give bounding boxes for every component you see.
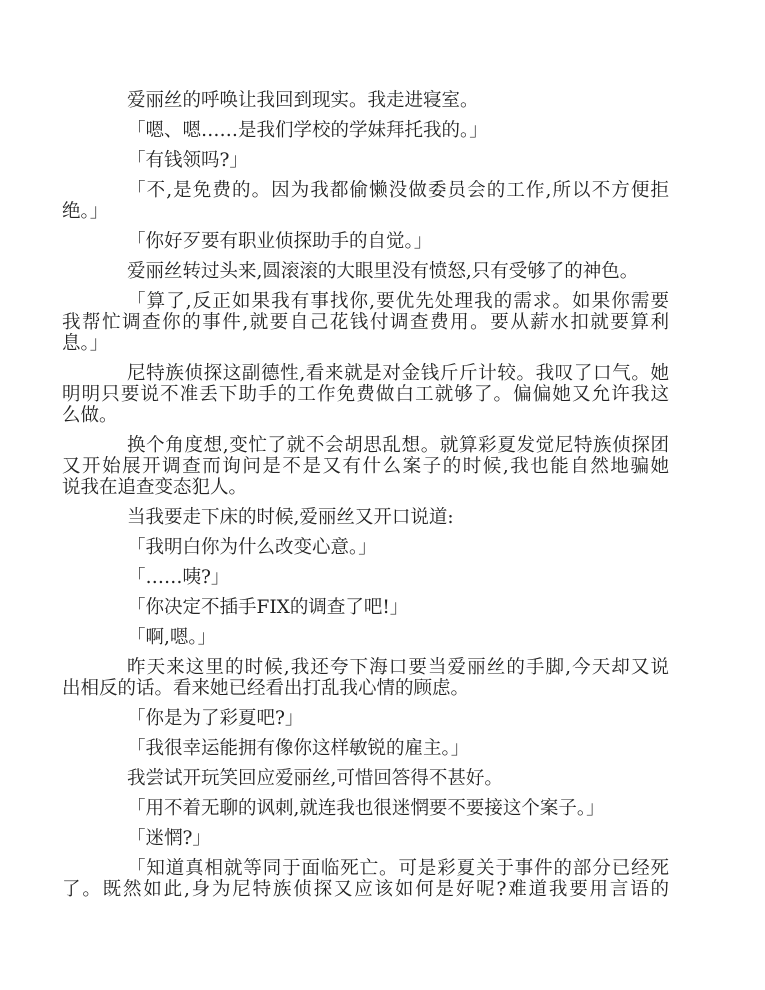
paragraph: 「用不着无聊的讽刺,就连我也很迷惘要不要接这个案子。」 [62,798,669,819]
text-line: 「算了,反正如果我有事找你,要优先处理我的需求。如果你需要 [62,291,669,312]
paragraph: 「我明白你为什么改变心意。」 [62,537,669,558]
paragraph: 「你决定不插手FIX的调查了吧!」 [62,597,669,618]
paragraph: 「迷惘?」 [62,828,669,849]
paragraph: 爱丽丝转过头来,圆滚滚的大眼里没有愤怒,只有受够了的神色。 [62,261,669,282]
paragraph: 「算了,反正如果我有事找你,要优先处理我的需求。如果你需要我帮忙调查你的事件,就… [62,291,669,354]
paragraph: 「我很幸运能拥有像你这样敏锐的雇主。」 [62,738,669,759]
text-line: 换个角度想,变忙了就不会胡思乱想。就算彩夏发觉尼特族侦探团 [62,435,669,456]
text-line: 么做。 [62,405,669,426]
text-line: 「我明白你为什么改变心意。」 [62,537,669,558]
paragraph: 「不,是免费的。因为我都偷懒没做委员会的工作,所以不方便拒绝。」 [62,180,669,222]
paragraph: 「有钱领吗?」 [62,150,669,171]
text-line: 「迷惘?」 [62,828,669,849]
paragraph: 当我要走下床的时候,爱丽丝又开口说道: [62,507,669,528]
text-line: 爱丽丝转过头来,圆滚滚的大眼里没有愤怒,只有受够了的神色。 [62,261,669,282]
paragraph: 「知道真相就等同于面临死亡。可是彩夏关于事件的部分已经死了。既然如此,身为尼特族… [62,858,669,900]
text-line: 明明只要说不准丢下助手的工作免费做白工就够了。偏偏她又允许我这 [62,384,669,405]
text-line: 尼特族侦探这副德性,看来就是对金钱斤斤计较。我叹了口气。她 [62,363,669,384]
text-line: 「知道真相就等同于面临死亡。可是彩夏关于事件的部分已经死 [62,858,669,879]
text-line: 「啊,嗯。」 [62,627,669,648]
text-line: 「用不着无聊的讽刺,就连我也很迷惘要不要接这个案子。」 [62,798,669,819]
paragraph: 我尝试开玩笑回应爱丽丝,可惜回答得不甚好。 [62,768,669,789]
text-line: 当我要走下床的时候,爱丽丝又开口说道: [62,507,669,528]
text-line: 「有钱领吗?」 [62,150,669,171]
book-page: 爱丽丝的呼唤让我回到现实。我走进寝室。「嗯、嗯……是我们学校的学妹拜托我的。」「… [0,0,765,990]
text-line: 出相反的话。看来她已经看出打乱我心情的顾虑。 [62,678,669,699]
book-page-text: 爱丽丝的呼唤让我回到现实。我走进寝室。「嗯、嗯……是我们学校的学妹拜托我的。」「… [62,90,669,900]
text-line: 昨天来这里的时候,我还夸下海口要当爱丽丝的手脚,今天却又说 [62,657,669,678]
paragraph: 昨天来这里的时候,我还夸下海口要当爱丽丝的手脚,今天却又说出相反的话。看来她已经… [62,657,669,699]
text-line: 爱丽丝的呼唤让我回到现实。我走进寝室。 [62,90,669,111]
paragraph: 爱丽丝的呼唤让我回到现实。我走进寝室。 [62,90,669,111]
text-line: 息。」 [62,333,669,354]
paragraph: 「你好歹要有职业侦探助手的自觉。」 [62,231,669,252]
paragraph: 换个角度想,变忙了就不会胡思乱想。就算彩夏发觉尼特族侦探团又开始展开调查而询问是… [62,435,669,498]
text-line: 又开始展开调查而询问是不是又有什么案子的时候,我也能自然地骗她 [62,456,669,477]
text-line: 我尝试开玩笑回应爱丽丝,可惜回答得不甚好。 [62,768,669,789]
paragraph: 尼特族侦探这副德性,看来就是对金钱斤斤计较。我叹了口气。她明明只要说不准丢下助手… [62,363,669,426]
text-line: 说我在追查变态犯人。 [62,477,669,498]
paragraph: 「你是为了彩夏吧?」 [62,708,669,729]
text-line: 「你决定不插手FIX的调查了吧!」 [62,597,669,618]
text-line: 绝。」 [62,201,669,222]
text-line: 「你好歹要有职业侦探助手的自觉。」 [62,231,669,252]
paragraph: 「……咦?」 [62,567,669,588]
text-line: 「你是为了彩夏吧?」 [62,708,669,729]
text-line: 「嗯、嗯……是我们学校的学妹拜托我的。」 [62,120,669,141]
text-line: 「我很幸运能拥有像你这样敏锐的雇主。」 [62,738,669,759]
paragraph: 「嗯、嗯……是我们学校的学妹拜托我的。」 [62,120,669,141]
paragraph: 「啊,嗯。」 [62,627,669,648]
text-line: 了。既然如此,身为尼特族侦探又应该如何是好呢?难道我要用言语的 [62,879,669,900]
text-line: 「……咦?」 [62,567,669,588]
text-line: 「不,是免费的。因为我都偷懒没做委员会的工作,所以不方便拒 [62,180,669,201]
text-line: 我帮忙调查你的事件,就要自己花钱付调查费用。要从薪水扣就要算利 [62,312,669,333]
